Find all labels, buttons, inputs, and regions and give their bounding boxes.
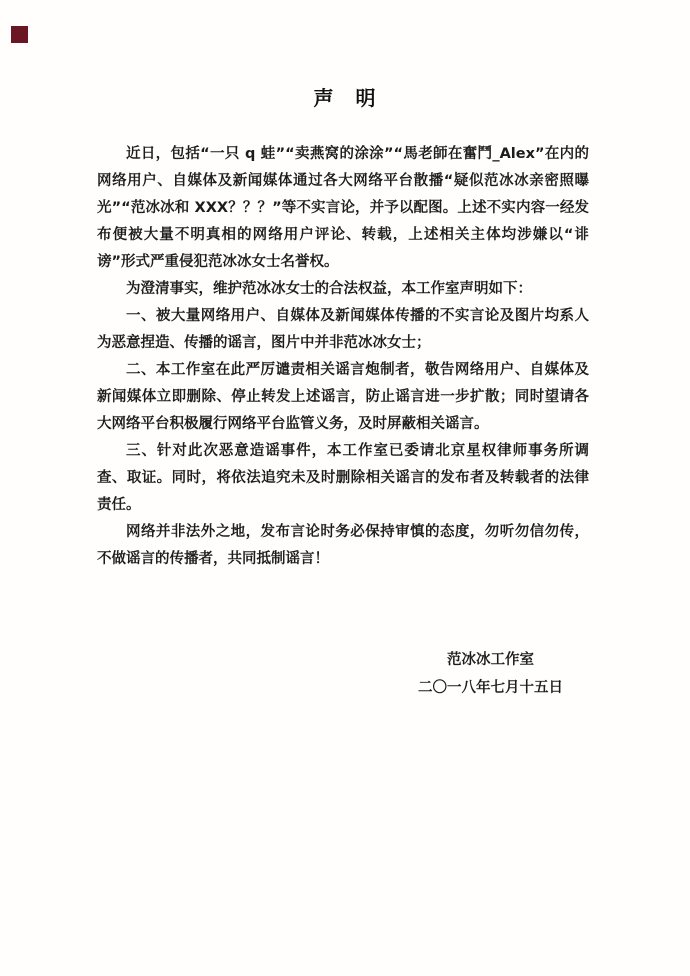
statement-paragraph-intro: 近日，包括“一只 q 蛙”“卖燕窝的涂涂”“馬老師在奮鬥_Alex”在内的网络用… — [97, 141, 589, 276]
red-square-marker — [11, 26, 28, 43]
statement-paragraph-closing: 网络并非法外之地，发布言论时务必保持审慎的态度，勿听勿信勿传，不做谣言的传播者，… — [97, 519, 589, 573]
statement-paragraph-item-3: 三、针对此次恶意造谣事件，本工作室已委请北京星权律师事务所调查、取证。同时，将依… — [97, 438, 589, 519]
statement-document-page: 声 明 近日，包括“一只 q 蛙”“卖燕窝的涂涂”“馬老師在奮鬥_Alex”在内… — [0, 0, 690, 976]
signature-block: 范冰冰工作室 二〇一八年七月十五日 — [418, 646, 563, 702]
statement-body: 近日，包括“一只 q 蛙”“卖燕窝的涂涂”“馬老師在奮鬥_Alex”在内的网络用… — [97, 141, 589, 573]
statement-paragraph-item-2: 二、本工作室在此严厉谴责相关谣言炮制者，敬告网络用户、自媒体及新闻媒体立即删除、… — [97, 357, 589, 438]
statement-title: 声 明 — [0, 0, 690, 110]
statement-paragraph-item-1: 一、被大量网络用户、自媒体及新闻媒体传播的不实言论及图片均系人为恶意捏造、传播的… — [97, 303, 589, 357]
signature-date: 二〇一八年七月十五日 — [418, 674, 563, 702]
signature-name: 范冰冰工作室 — [418, 646, 563, 674]
statement-paragraph-purpose: 为澄清事实，维护范冰冰女士的合法权益，本工作室声明如下： — [97, 276, 589, 303]
